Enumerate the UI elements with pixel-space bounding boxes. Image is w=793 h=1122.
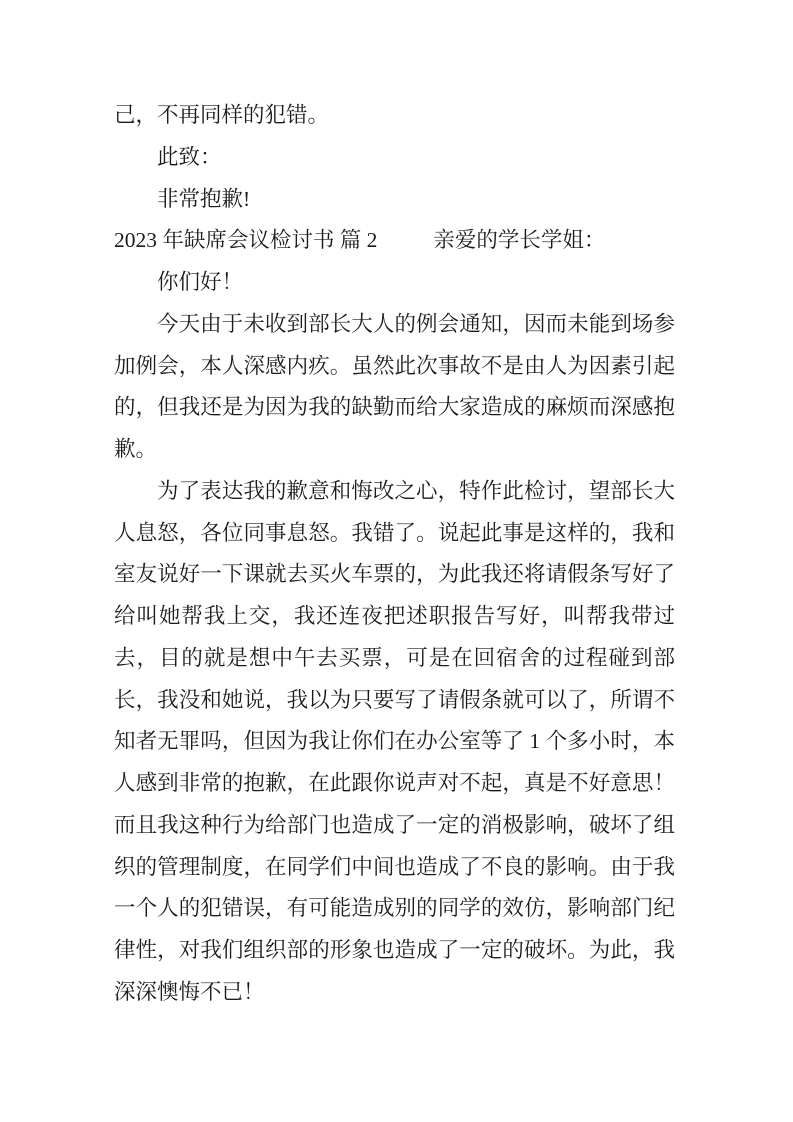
section-heading-line: 2023 年缺席会议检讨书 篇 2亲爱的学长学姐： [114, 220, 675, 262]
closing-apology-line: 非常抱歉! [114, 179, 675, 221]
salutation: 亲爱的学长学姐： [433, 228, 605, 252]
section-heading: 2023 年缺席会议检讨书 篇 2 [114, 228, 377, 252]
closing-label: 此致： [114, 137, 675, 179]
document-page: 己，不再同样的犯错。 此致： 非常抱歉! 2023 年缺席会议检讨书 篇 2亲爱… [0, 0, 793, 1122]
heading-gap-spacer [377, 246, 433, 247]
document-content: 己，不再同样的犯错。 此致： 非常抱歉! 2023 年缺席会议检讨书 篇 2亲爱… [114, 95, 675, 1014]
body-paragraph-2: 为了表达我的歉意和悔改之心，特作此检讨，望部长大人息怒，各位同事息怒。我错了。说… [114, 471, 675, 1014]
body-paragraph-1: 今天由于未收到部长大人的例会通知，因而未能到场参加例会，本人深感内疚。虽然此次事… [114, 304, 675, 471]
greeting-line: 你们好！ [114, 262, 675, 304]
continuation-line: 己，不再同样的犯错。 [114, 95, 675, 137]
